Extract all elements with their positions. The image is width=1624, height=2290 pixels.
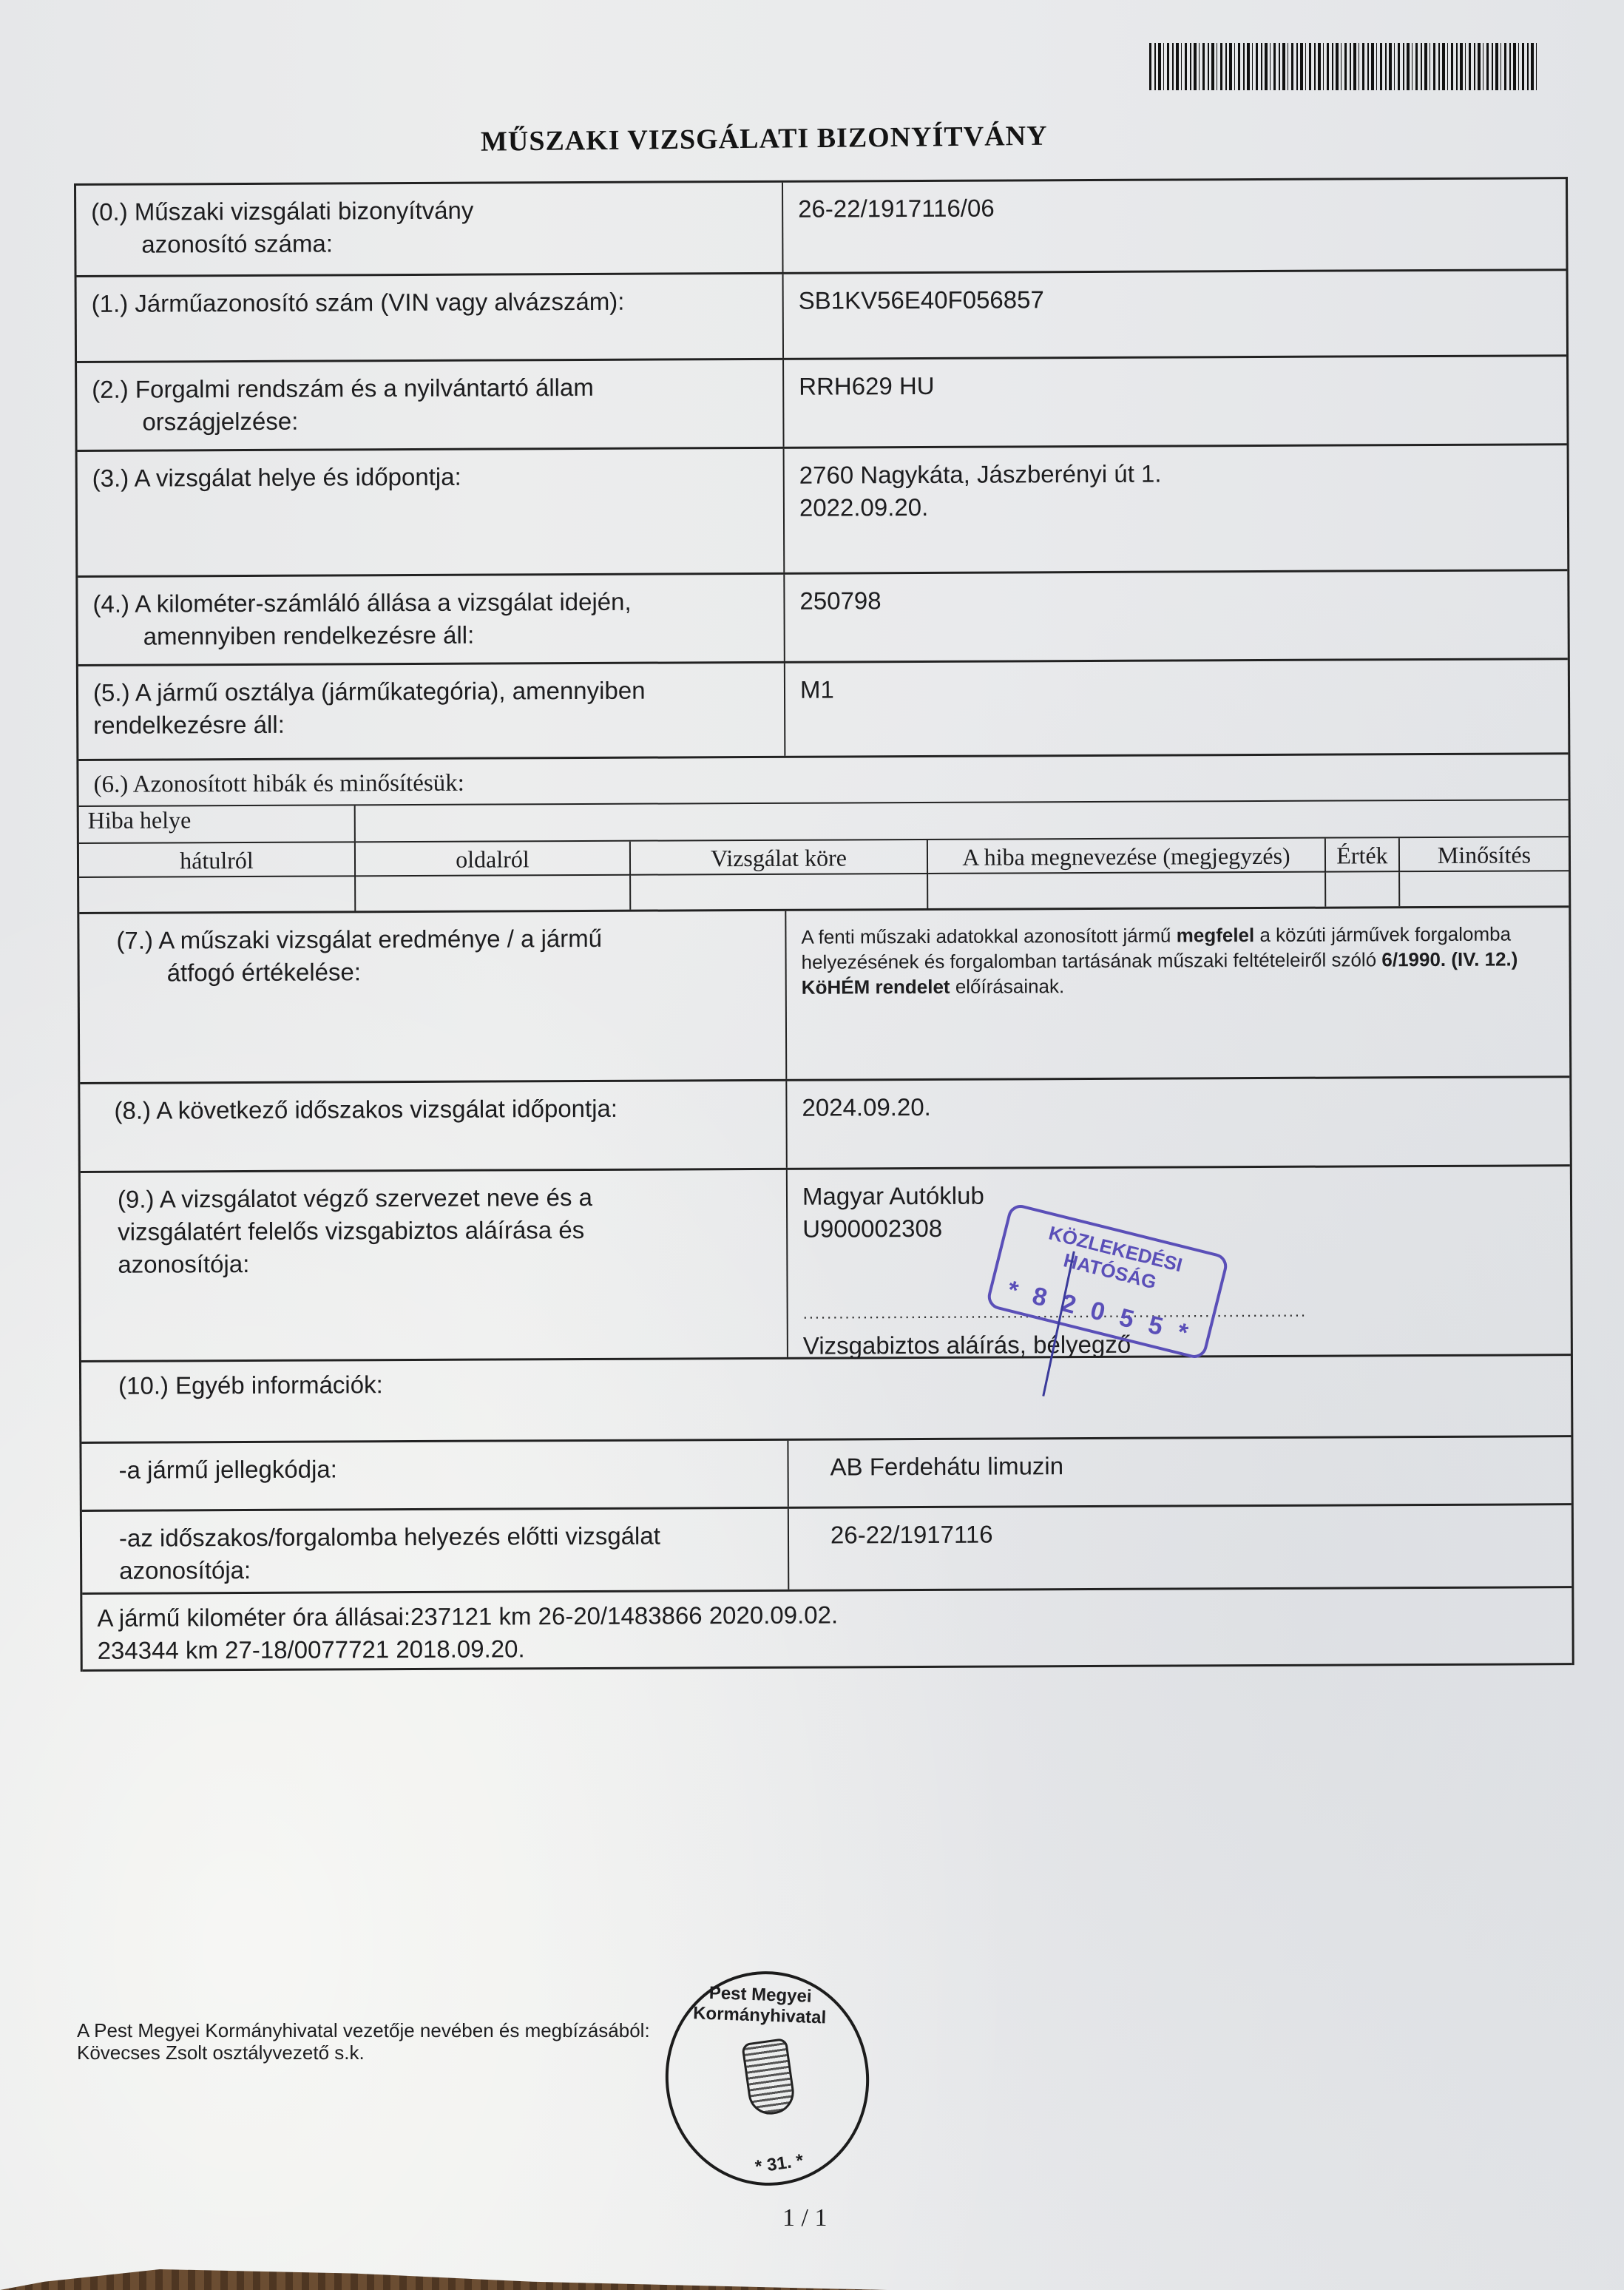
row-inspector: (9.) A vizsgálatot végző szervezet neve … [81, 1166, 1571, 1362]
field-label: (9.) A vizsgálatot végző szervezet neve … [118, 1181, 771, 1216]
defects-table: hátulról oldalról Vizsgálat köre A hiba … [79, 837, 1569, 912]
field-label: (8.) A következő időszakos vizsgálat idő… [80, 1081, 788, 1171]
plate-value: RRH629 HU [784, 357, 1567, 447]
row-plate: (2.) Forgalmi rendszám és a nyilvántartó… [77, 357, 1567, 452]
row-category: (5.) A jármű osztálya (járműkategória), … [78, 660, 1569, 761]
column-header: oldalról [356, 842, 631, 877]
column-header: A hiba megnevezése (megjegyzés) [928, 839, 1326, 874]
odometer-history-line: 234344 km 27-18/0077721 2018.09.20. [98, 1628, 1557, 1667]
field-label-cont: átfogó értékelése: [117, 954, 771, 990]
table-cell [79, 877, 356, 912]
column-header: Vizsgálat köre [631, 840, 928, 876]
next-inspection-value: 2024.09.20. [787, 1078, 1570, 1168]
coat-of-arms-icon [741, 2038, 796, 2118]
field-label: (5.) A jármű osztálya (járműkategória), … [93, 674, 769, 709]
field-label: (0.) Műszaki vizsgálati bizonyítvány [91, 197, 473, 226]
table-cell [1326, 872, 1400, 906]
row-odometer: (4.) A kilométer-számláló állása a vizsg… [78, 571, 1568, 666]
result-text: A fenti műszaki adatokkal azonosított já… [786, 908, 1569, 1079]
odometer-value: 250798 [785, 571, 1568, 661]
table-cell [356, 876, 631, 911]
row-vin: (1.) Járműazonosító szám (VIN vagy alváz… [77, 271, 1566, 363]
defect-location-header: Hiba helye [79, 805, 356, 842]
category-value: M1 [785, 660, 1569, 756]
table-cell [1400, 871, 1569, 906]
organization-name: Magyar Autóklub [802, 1177, 1555, 1212]
field-label: (1.) Járműazonosító szám (VIN vagy alváz… [77, 274, 784, 361]
prior-inspection-value: 26-22/1917116 [789, 1505, 1571, 1590]
wooden-surface [0, 2269, 887, 2290]
document-page: MŰSZAKI VIZSGÁLATI BIZONYÍTVÁNY (0.) Műs… [0, 0, 1624, 2290]
row-location-date: (3.) A vizsgálat helye és időpontja: 276… [78, 445, 1568, 578]
field-label: -a jármű jellegkódja: [81, 1441, 788, 1510]
page-number: 1 / 1 [782, 2204, 827, 2232]
row-prior-inspection: -az időszakos/forgalomba helyezés előtti… [82, 1505, 1571, 1595]
government-seal-icon: Pest Megyei Kormányhivatal * 31. * [652, 1958, 883, 2198]
field-label: (4.) A kilométer-számláló állása a vizsg… [92, 588, 631, 618]
other-info-title: (10.) Egyéb információk: [81, 1356, 1571, 1442]
field-label: -az időszakos/forgalomba helyezés előtti… [119, 1519, 773, 1555]
field-label: (7.) A műszaki vizsgálat eredménye / a j… [116, 925, 602, 954]
row-body-type: -a jármű jellegkódja: AB Ferdehátu limuz… [81, 1437, 1571, 1512]
row-result: (7.) A műszaki vizsgálat eredménye / a j… [79, 908, 1569, 1084]
table-cell [928, 873, 1326, 908]
field-label-cont: azonosítója: [119, 1552, 773, 1587]
column-header: Érték [1326, 838, 1400, 872]
certificate-form: (0.) Műszaki vizsgálati bizonyítványazon… [74, 177, 1574, 1672]
defects-section: (6.) Azonosított hibák és minősítésük: H… [78, 754, 1569, 914]
row-next-inspection: (8.) A következő időszakos vizsgálat idő… [80, 1078, 1570, 1173]
location-value: 2760 Nagykáta, Jászberényi út 1. [799, 456, 1552, 491]
row-other-info-title: (10.) Egyéb információk: [81, 1356, 1571, 1444]
column-header: hátulról [79, 842, 356, 878]
field-label-cont: azonosítója: [118, 1246, 771, 1281]
row-certificate-id: (0.) Műszaki vizsgálati bizonyítványazon… [76, 179, 1566, 277]
certificate-id-value: 26-22/1917116/06 [783, 179, 1566, 272]
barcode-icon [1149, 43, 1537, 90]
field-label-cont: vizsgálatért felelős vizsgabiztos aláírá… [118, 1213, 771, 1249]
column-header: Minősítés [1400, 837, 1569, 872]
field-label-cont: azonosító száma: [91, 226, 767, 261]
body-type-value: AB Ferdehátu limuzin [788, 1437, 1571, 1507]
vin-value: SB1KV56E40F056857 [784, 271, 1566, 358]
table-cell [631, 874, 928, 910]
date-value: 2022.09.20. [799, 488, 1552, 524]
inspector-id: U900002308 [802, 1209, 1555, 1245]
document-title: MŰSZAKI VIZSGÁLATI BIZONYÍTVÁNY [481, 118, 1146, 158]
field-label-cont: országjelzése: [92, 403, 768, 439]
defects-title: (6.) Azonosított hibák és minősítésük: [78, 754, 1568, 805]
row-odometer-history: A jármű kilométer óra állásai:237121 km … [82, 1588, 1571, 1672]
field-label: (3.) A vizsgálat helye és időpontja: [78, 449, 785, 575]
field-label-cont: rendelkezésre áll: [93, 706, 769, 742]
footer-authorization: A Pest Megyei Kormányhivatal vezetője ne… [77, 2019, 650, 2064]
field-label-cont: amennyiben rendelkezésre áll: [93, 618, 769, 653]
field-label: (2.) Forgalmi rendszám és a nyilvántartó… [92, 374, 594, 403]
